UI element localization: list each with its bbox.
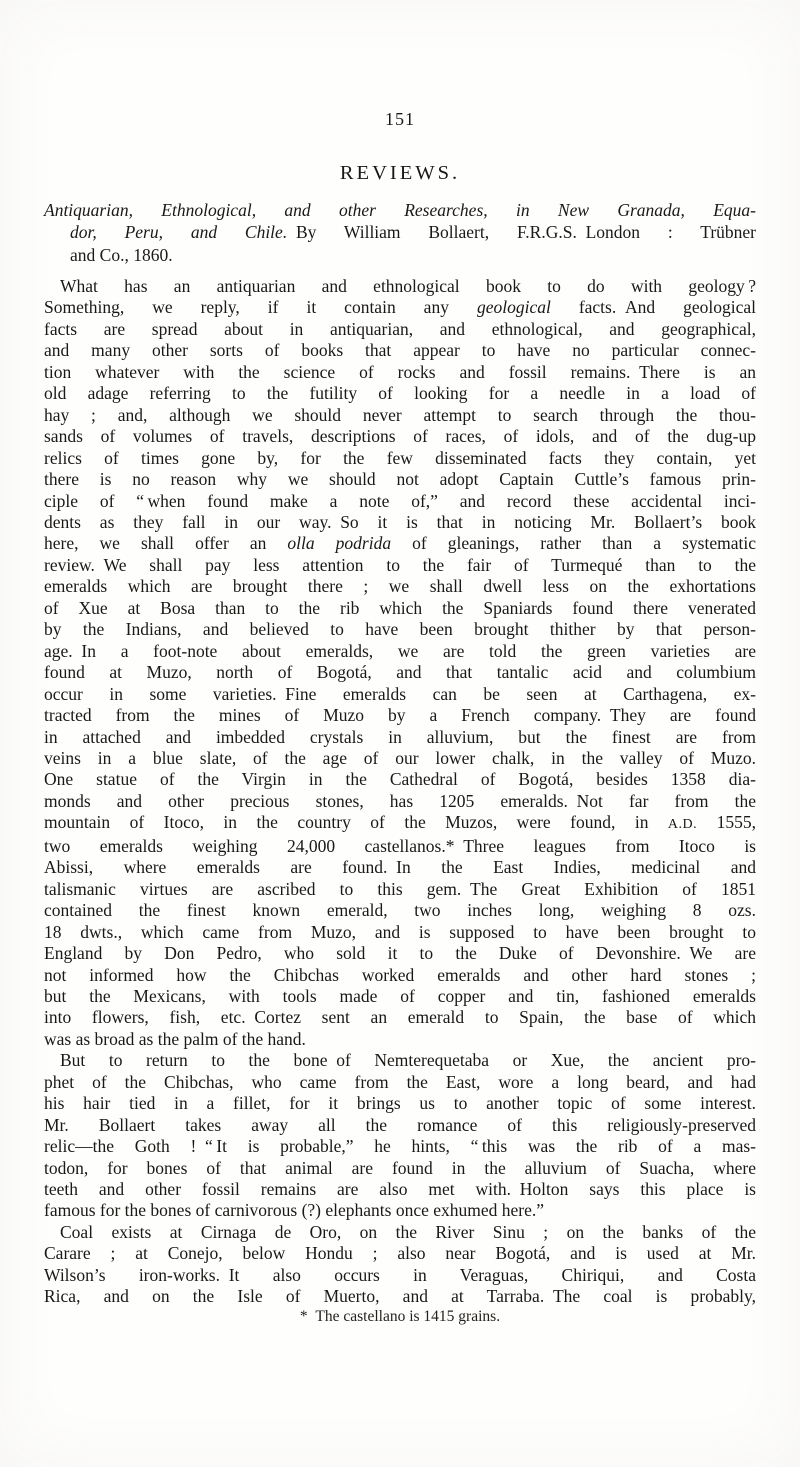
- text-line: England by Don Pedro, who sold it to the…: [44, 943, 756, 964]
- text-run: old adage referring to the futility of l…: [44, 383, 756, 403]
- text-run: veins in a blue slate, of the age of our…: [44, 748, 756, 768]
- text-run: but the Mexicans, with tools made of cop…: [44, 986, 756, 1006]
- section-title: REVIEWS.: [0, 162, 800, 185]
- text-run: relic—the Goth ! “ It is probable,” he h…: [44, 1136, 756, 1156]
- text-line: here, we shall offer an olla podrida of …: [44, 533, 756, 554]
- text-run: in attached and imbedded crystals in all…: [44, 727, 756, 747]
- page-number: 151: [0, 109, 800, 130]
- text-run: of Xue at Bosa than to the rib which the…: [44, 598, 756, 618]
- text-line: Carare ; at Conejo, below Hondu ; also n…: [44, 1243, 756, 1264]
- text-run: 1555,: [697, 812, 756, 832]
- text-run: age. In a foot-note about emeralds, we a…: [44, 641, 756, 661]
- text-line: but the Mexicans, with tools made of cop…: [44, 986, 756, 1007]
- text-line: 18 dwts., which came from Muzo, and is s…: [44, 922, 756, 943]
- footnote: * The castellano is 1415 grains.: [0, 1308, 800, 1326]
- text-run: emeralds which are brought there ; we sh…: [44, 576, 756, 596]
- text-run: Wilson’s iron-works. It also occurs in V…: [44, 1265, 756, 1285]
- text-run: monds and other precious stones, has 120…: [44, 791, 756, 811]
- text-run: phet of the Chibchas, who came from the …: [44, 1072, 756, 1092]
- text-line: old adage referring to the futility of l…: [44, 383, 756, 404]
- text-line: emeralds which are brought there ; we sh…: [44, 576, 756, 597]
- text-run: Rica, and on the Isle of Muerto, and at …: [44, 1286, 756, 1306]
- text-line: age. In a foot-note about emeralds, we a…: [44, 641, 756, 662]
- text-line: dents as they fall in our way. So it is …: [44, 512, 756, 533]
- text-line: veins in a blue slate, of the age of our…: [44, 748, 756, 769]
- text-line: talismanic virtues are ascribed to this …: [44, 879, 756, 900]
- text-run: by the Indians, and believed to have bee…: [44, 619, 756, 639]
- text-run: occur in some varieties. Fine emeralds c…: [44, 684, 756, 704]
- text-line: Mr. Bollaert takes away all the romance …: [44, 1115, 756, 1136]
- text-line: dor, Peru, and Chile. By William Bollaer…: [44, 221, 756, 243]
- text-run: found at Muzo, north of Bogotá, and that…: [44, 662, 756, 682]
- text-line: by the Indians, and believed to have bee…: [44, 619, 756, 640]
- text-line: relics of times gone by, for the few dis…: [44, 448, 756, 469]
- text-run: facts. And geological: [551, 297, 756, 317]
- text-line: famous for the bones of carnivorous (?) …: [44, 1200, 756, 1221]
- text-run: facts are spread about in antiquarian, a…: [44, 319, 756, 339]
- text-line: teeth and other fossil remains are also …: [44, 1179, 756, 1200]
- text-run: two emeralds weighing 24,000 castellanos…: [44, 836, 756, 856]
- italic-text: dor, Peru, and Chile.: [70, 222, 287, 242]
- text-run: there is no reason why we should not ado…: [44, 469, 756, 489]
- text-run: review. We shall pay less attention to t…: [44, 555, 756, 575]
- text-line: review. We shall pay less attention to t…: [44, 555, 756, 576]
- text-line: One statue of the Virgin in the Cathedra…: [44, 769, 756, 790]
- text-line: Antiquarian, Ethnological, and other Res…: [44, 199, 756, 221]
- text-line: facts are spread about in antiquarian, a…: [44, 319, 756, 340]
- book-citation: Antiquarian, Ethnological, and other Res…: [44, 199, 756, 266]
- text-line: there is no reason why we should not ado…: [44, 469, 756, 490]
- text-run: 18 dwts., which came from Muzo, and is s…: [44, 922, 756, 942]
- text-line: contained the finest known emerald, two …: [44, 900, 756, 921]
- scanned-page: 151 REVIEWS. Antiquarian, Ethnological, …: [0, 0, 800, 1467]
- text-run: Something, we reply, if it contain any: [44, 297, 477, 317]
- text-line: Rica, and on the Isle of Muerto, and at …: [44, 1286, 756, 1307]
- text-line: was as broad as the palm of the hand.: [44, 1029, 756, 1050]
- text-line: into flowers, fish, etc. Cortez sent an …: [44, 1007, 756, 1028]
- text-run: England by Don Pedro, who sold it to the…: [44, 943, 756, 963]
- text-line: What has an antiquarian and ethnological…: [44, 276, 756, 297]
- text-run: mountain of Itoco, in the country of the…: [44, 812, 668, 832]
- text-run: teeth and other fossil remains are also …: [44, 1179, 756, 1199]
- text-line: and Co., 1860.: [44, 244, 756, 266]
- text-line: tion whatever with the science of rocks …: [44, 362, 756, 383]
- text-run: hay ; and, although we should never atte…: [44, 405, 756, 425]
- italic-text: geological: [477, 297, 551, 317]
- text-line: Coal exists at Cirnaga de Oro, on the Ri…: [44, 1222, 756, 1243]
- text-run: tracted from the mines of Muzo by a Fren…: [44, 705, 756, 725]
- text-run: talismanic virtues are ascribed to this …: [44, 879, 756, 899]
- text-run: Coal exists at Cirnaga de Oro, on the Ri…: [60, 1222, 756, 1242]
- text-line: and many other sorts of books that appea…: [44, 340, 756, 361]
- text-line: Abissi, where emeralds are found. In the…: [44, 857, 756, 878]
- text-line: in attached and imbedded crystals in all…: [44, 727, 756, 748]
- text-line: tracted from the mines of Muzo by a Fren…: [44, 705, 756, 726]
- text-run: contained the finest known emerald, two …: [44, 900, 756, 920]
- text-run: Carare ; at Conejo, below Hondu ; also n…: [44, 1243, 756, 1263]
- text-line: todon, for bones of that animal are foun…: [44, 1158, 756, 1179]
- text-line: hay ; and, although we should never atte…: [44, 405, 756, 426]
- text-line: phet of the Chibchas, who came from the …: [44, 1072, 756, 1093]
- text-run: and many other sorts of books that appea…: [44, 340, 756, 360]
- text-line: Something, we reply, if it contain any g…: [44, 297, 756, 318]
- text-run: and Co., 1860.: [70, 245, 173, 265]
- text-line: monds and other precious stones, has 120…: [44, 791, 756, 812]
- text-run: not informed how the Chibchas worked eme…: [44, 965, 756, 985]
- text-line: Wilson’s iron-works. It also occurs in V…: [44, 1265, 756, 1286]
- text-run: ciple of “ when found make a note of,” a…: [44, 491, 756, 511]
- smallcaps-text: A.D.: [668, 817, 697, 832]
- text-line: relic—the Goth ! “ It is probable,” he h…: [44, 1136, 756, 1157]
- text-line: sands of volumes of travels, description…: [44, 426, 756, 447]
- text-run: was as broad as the palm of the hand.: [44, 1029, 306, 1049]
- text-run: sands of volumes of travels, description…: [44, 426, 756, 446]
- text-run: By William Bollaert, F.R.G.S. London : T…: [287, 222, 756, 242]
- text-run: What has an antiquarian and ethnological…: [60, 276, 756, 296]
- text-run: But to return to the bone of Nemterequet…: [60, 1050, 756, 1070]
- text-run: famous for the bones of carnivorous (?) …: [44, 1200, 544, 1220]
- text-line: not informed how the Chibchas worked eme…: [44, 965, 756, 986]
- text-run: todon, for bones of that animal are foun…: [44, 1158, 756, 1178]
- text-line: two emeralds weighing 24,000 castellanos…: [44, 836, 756, 857]
- text-run: relics of times gone by, for the few dis…: [44, 448, 756, 468]
- text-run: here, we shall offer an: [44, 533, 287, 553]
- text-line: found at Muzo, north of Bogotá, and that…: [44, 662, 756, 683]
- italic-text: olla podrida: [287, 533, 391, 553]
- review-body: What has an antiquarian and ethnological…: [44, 276, 756, 1308]
- text-run: Abissi, where emeralds are found. In the…: [44, 857, 756, 877]
- text-line: mountain of Itoco, in the country of the…: [44, 812, 756, 835]
- text-run: dents as they fall in our way. So it is …: [44, 512, 756, 532]
- text-run: One statue of the Virgin in the Cathedra…: [44, 769, 756, 789]
- text-run: Mr. Bollaert takes away all the romance …: [44, 1115, 756, 1135]
- text-line: But to return to the bone of Nemterequet…: [44, 1050, 756, 1071]
- text-run: of gleanings, rather than a systematic: [391, 533, 756, 553]
- text-line: ciple of “ when found make a note of,” a…: [44, 491, 756, 512]
- text-run: tion whatever with the science of rocks …: [44, 362, 756, 382]
- text-run: into flowers, fish, etc. Cortez sent an …: [44, 1007, 756, 1027]
- text-line: occur in some varieties. Fine emeralds c…: [44, 684, 756, 705]
- italic-text: Antiquarian, Ethnological, and other Res…: [44, 200, 756, 220]
- text-line: his hair tied in a fillet, for it brings…: [44, 1093, 756, 1114]
- text-line: of Xue at Bosa than to the rib which the…: [44, 598, 756, 619]
- text-run: his hair tied in a fillet, for it brings…: [44, 1093, 756, 1113]
